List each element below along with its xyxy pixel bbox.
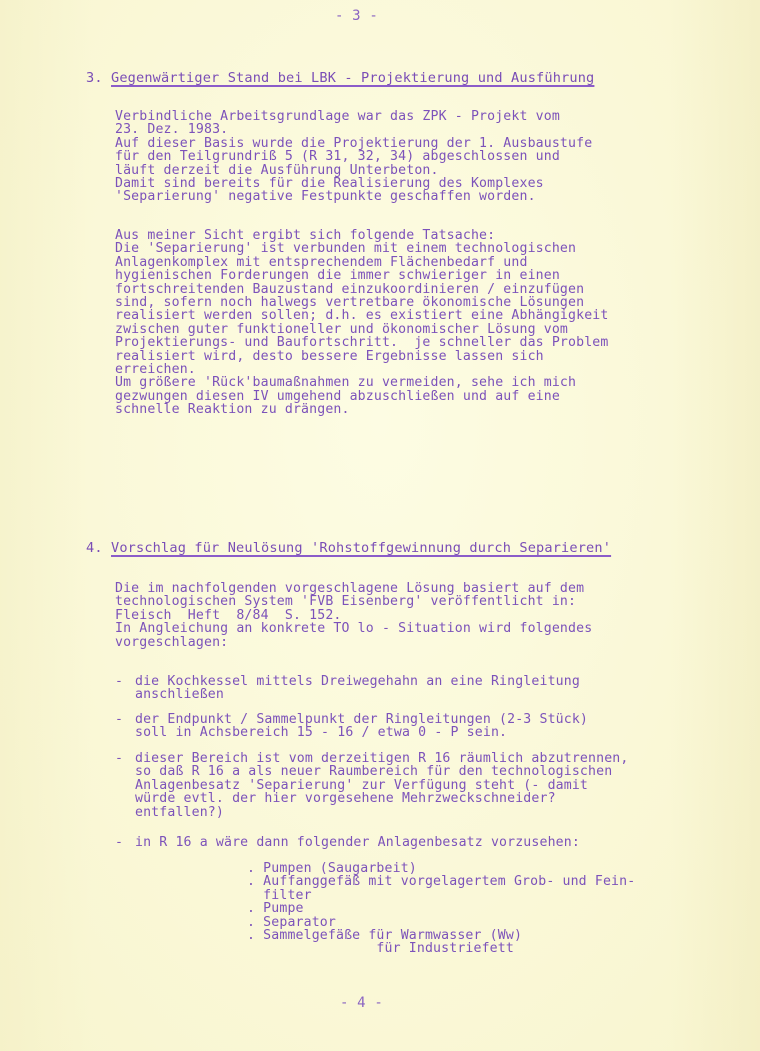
- text-line: die Kochkessel mittels Dreiwegehahn an e…: [135, 675, 580, 688]
- equipment-item: . Pumpen (Saugarbeit): [247, 862, 635, 875]
- text-line: realisiert werden sollen; d.h. es existi…: [115, 309, 608, 322]
- text-line: 23. Dez. 1983.: [115, 123, 592, 136]
- text-line: erreichen.: [115, 363, 608, 376]
- equipment-item: . Auffanggefäß mit vorgelagertem Grob- u…: [247, 875, 635, 888]
- text-line: schnelle Reaktion zu drängen.: [115, 403, 608, 416]
- text-line: technologischen System 'FVB Eisenberg' v…: [115, 595, 592, 608]
- bullet-item-1: die Kochkessel mittels Dreiwegehahn an e…: [135, 675, 580, 702]
- text-line: Aus meiner Sicht ergibt sich folgende Ta…: [115, 229, 608, 242]
- text-line: in R 16 a wäre dann folgender Anlagenbes…: [135, 836, 580, 849]
- bullet-item-2: der Endpunkt / Sammelpunkt der Ringleitu…: [135, 713, 588, 740]
- section-3-heading: 3. Gegenwärtiger Stand bei LBK - Projekt…: [86, 72, 594, 85]
- bullet-marker: -: [115, 675, 123, 688]
- section-4-intro: Die im nachfolgenden vorgeschlagene Lösu…: [115, 582, 592, 649]
- text-line: vorgeschlagen:: [115, 636, 592, 649]
- text-line: Anlagenkomplex mit entsprechendem Fläche…: [115, 256, 608, 269]
- text-line: der Endpunkt / Sammelpunkt der Ringleitu…: [135, 713, 588, 726]
- text-line: Auf dieser Basis wurde die Projektierung…: [115, 137, 592, 150]
- text-line: zwischen guter funktioneller und ökonomi…: [115, 323, 608, 336]
- bullet-marker: -: [115, 752, 123, 765]
- equipment-item: . Sammelgefäße für Warmwasser (Ww): [247, 929, 635, 942]
- text-line: Um größere 'Rück'baumaßnahmen zu vermeid…: [115, 376, 608, 389]
- page-number-top: - 3 -: [335, 10, 378, 23]
- text-line: läuft derzeit die Ausführung Unterbeton.: [115, 164, 592, 177]
- text-line: Damit sind bereits für die Realisierung …: [115, 177, 592, 190]
- text-line: Die 'Separierung' ist verbunden mit eine…: [115, 242, 608, 255]
- text-line: entfallen?): [135, 806, 628, 819]
- equipment-item: . Separator: [247, 916, 635, 929]
- text-line: so daß R 16 a als neuer Raumbereich für …: [135, 765, 628, 778]
- section-4-heading: 4. Vorschlag für Neulösung 'Rohstoffgewi…: [86, 542, 611, 555]
- text-line: Verbindliche Arbeitsgrundlage war das ZP…: [115, 110, 592, 123]
- bullet-item-3: dieser Bereich ist vom derzeitigen R 16 …: [135, 752, 628, 819]
- equipment-item: filter: [247, 889, 635, 902]
- text-line: soll in Achsbereich 15 - 16 / etwa 0 - P…: [135, 726, 588, 739]
- text-line: gezwungen diesen IV umgehend abzuschließ…: [115, 390, 608, 403]
- text-line: für den Teilgrundriß 5 (R 31, 32, 34) ab…: [115, 150, 592, 163]
- section-4-number: 4.: [86, 540, 103, 556]
- equipment-item: für Industriefett: [247, 942, 635, 955]
- text-line: hygienischen Forderungen die immer schwi…: [115, 269, 608, 282]
- text-line: fortschreitenden Bauzustand einzukoordin…: [115, 283, 608, 296]
- equipment-item: . Pumpe: [247, 902, 635, 915]
- text-line: Projektierungs- und Baufortschritt. je s…: [115, 336, 608, 349]
- bullet-marker: -: [115, 836, 123, 849]
- bullet-marker: -: [115, 713, 123, 726]
- text-line: Anlagenbesatz 'Separierung' zur Verfügun…: [135, 779, 628, 792]
- text-line: 'Separierung' negative Festpunkte gescha…: [115, 190, 592, 203]
- bullet-item-4: in R 16 a wäre dann folgender Anlagenbes…: [135, 836, 580, 849]
- text-line: realisiert wird, desto bessere Ergebniss…: [115, 350, 608, 363]
- equipment-list: . Pumpen (Saugarbeit) . Auffanggefäß mit…: [247, 862, 635, 956]
- section-3-title: Gegenwärtiger Stand bei LBK - Projektier…: [111, 70, 594, 86]
- text-line: Fleisch Heft 8/84 S. 152.: [115, 609, 592, 622]
- section-3-paragraph-1: Verbindliche Arbeitsgrundlage war das ZP…: [115, 110, 592, 204]
- text-line: würde evtl. der hier vorgesehene Mehrzwe…: [135, 792, 628, 805]
- text-line: sind, sofern noch halwegs vertretbare ök…: [115, 296, 608, 309]
- section-3-number: 3.: [86, 70, 103, 86]
- typed-document-page: - 3 - 3. Gegenwärtiger Stand bei LBK - P…: [0, 0, 760, 1051]
- section-4-title: Vorschlag für Neulösung 'Rohstoffgewinnu…: [111, 540, 611, 556]
- text-line: In Angleichung an konkrete TO lo - Situa…: [115, 622, 592, 635]
- page-number-bottom: - 4 -: [340, 997, 383, 1010]
- section-3-paragraph-2: Aus meiner Sicht ergibt sich folgende Ta…: [115, 229, 608, 417]
- text-line: dieser Bereich ist vom derzeitigen R 16 …: [135, 752, 628, 765]
- text-line: anschließen: [135, 688, 580, 701]
- text-line: Die im nachfolgenden vorgeschlagene Lösu…: [115, 582, 592, 595]
